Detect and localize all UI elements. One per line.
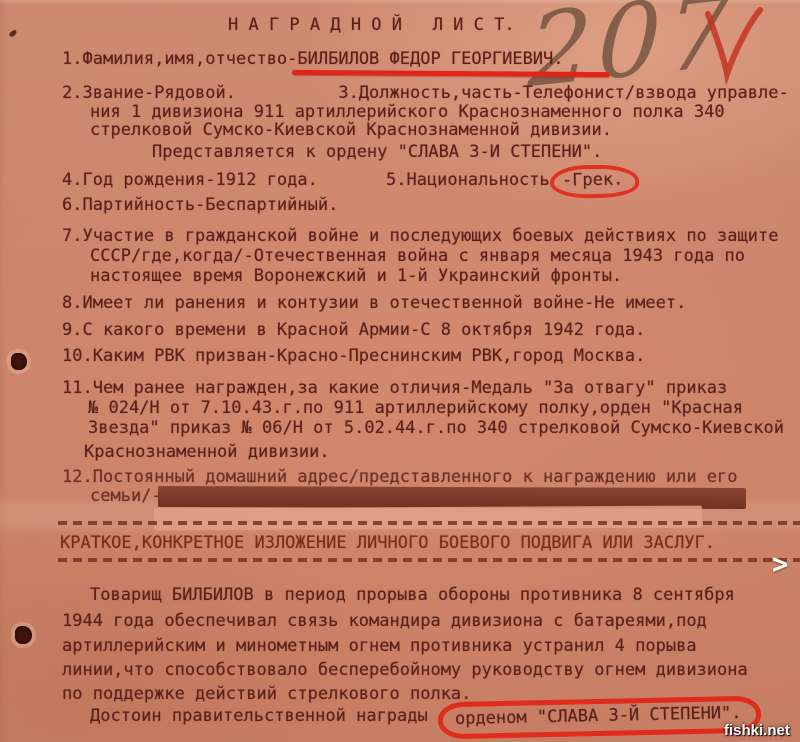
- field-home-address-line2: семьи/-: [90, 487, 162, 506]
- red-underline-annotation: [292, 70, 610, 77]
- site-watermark: fishki.net: [724, 722, 790, 739]
- field-rank-position-line1: 2.Звание-Рядовой. 3.Должность,часть-Теле…: [62, 84, 789, 103]
- field-home-address-line1: 12.Постоянный домашний адрес/представлен…: [62, 468, 738, 487]
- field-nationality-value: -Грек.: [562, 170, 624, 191]
- red-checkmark-icon: [694, 6, 772, 86]
- red-oval-award: орденом "СЛАВА 3-Й СТЕПЕНИ".: [438, 696, 761, 740]
- field-wounds: 8.Имеет ли ранения и контузии в отечеств…: [62, 294, 686, 313]
- field-war-participation-line1: 7.Участие в гражданской войне и последую…: [62, 227, 778, 246]
- field-prior-awards-line2: № 024/Н от 7.10.43.г.по 911 артиллерийск…: [88, 399, 743, 418]
- redaction-patch: [154, 506, 702, 531]
- hole-punch-bottom: [15, 626, 32, 644]
- feat-paragraph-line3: артиллерийским и минометным огнем против…: [62, 637, 697, 656]
- field-drafted-by: 10.Каким РВК призван-Красно-Преснинским …: [62, 347, 645, 366]
- dashed-separator-top: [58, 521, 800, 525]
- field-name-label: 1.Фамилия,имя,отчество-: [62, 49, 297, 69]
- field-name-value: БИЛБИЛОВ ФЕДОР ГЕОРГИЕВИЧ.: [297, 49, 563, 69]
- feat-paragraph-line5: по поддержке действий стрелкового полка.: [62, 685, 471, 704]
- field-prior-awards-line4: Краснознаменной дивизии.: [84, 443, 330, 462]
- field-war-participation-line3: настоящее время Воронежский и 1-й Украин…: [90, 267, 622, 286]
- conclusion-award-value: орденом "СЛАВА 3-Й СТЕПЕНИ".: [455, 703, 742, 729]
- field-prior-awards-line1: 11.Чем ранее награжден,за какие отличия-…: [62, 379, 727, 398]
- hole-punch-top: [11, 353, 27, 370]
- field-rank-position-line3: стрелковой Сумско-Киевской Краснознаменн…: [90, 121, 612, 140]
- feat-paragraph-line1: Товарищ БИЛБИЛОВ в период прорыва оборон…: [90, 586, 735, 605]
- scanned-award-document: Н А Г Р А Д Н О Й Л И С Т. 207 1.Фамилия…: [0, 0, 800, 742]
- feat-paragraph-line2: 1944 года обеспечивал связь командира ди…: [62, 612, 707, 631]
- conclusion-label: Достоин правительственной награды: [90, 706, 438, 726]
- field-war-participation-line2: СССР/где,когда/-Отечественная война с ян…: [90, 247, 745, 266]
- field-service-since: 9.С какого времени в Красной Армии-С 8 о…: [62, 321, 645, 340]
- field-birth-year: 4.Год рождения-1912 года.: [62, 171, 318, 190]
- document-title: Н А Г Р А Д Н О Й Л И С Т.: [228, 16, 515, 35]
- field-nationality-label: 5.Национальность: [386, 170, 550, 190]
- conclusion-line: Достоин правительственной награды ордено…: [90, 707, 761, 726]
- red-oval-nationality: -Грек.: [549, 164, 639, 199]
- next-chevron-icon[interactable]: >: [772, 548, 788, 581]
- dashed-separator-bottom: [58, 558, 800, 562]
- feat-paragraph-line4: линии,что способствовало бесперебойному …: [62, 661, 748, 680]
- field-name-line: 1.Фамилия,имя,отчество-БИЛБИЛОВ ФЕДОР ГЕ…: [62, 50, 564, 69]
- field-prior-awards-line3: Звезда" приказ № 06/Н от 5.02.44.г.по 34…: [88, 419, 784, 438]
- section-heading: КРАТКОЕ,КОНКРЕТНОЕ ИЗЛОЖЕНИЕ ЛИЧНОГО БОЕ…: [60, 534, 715, 553]
- field-nationality-line: 5.Национальность-Грек.: [386, 171, 639, 190]
- award-submission-line: Представляется к ордену "СЛАВА 3-И СТЕПЕ…: [152, 143, 602, 162]
- field-party-status: 6.Партийность-Беспартийный.: [62, 196, 338, 215]
- paper-speck: [8, 29, 17, 37]
